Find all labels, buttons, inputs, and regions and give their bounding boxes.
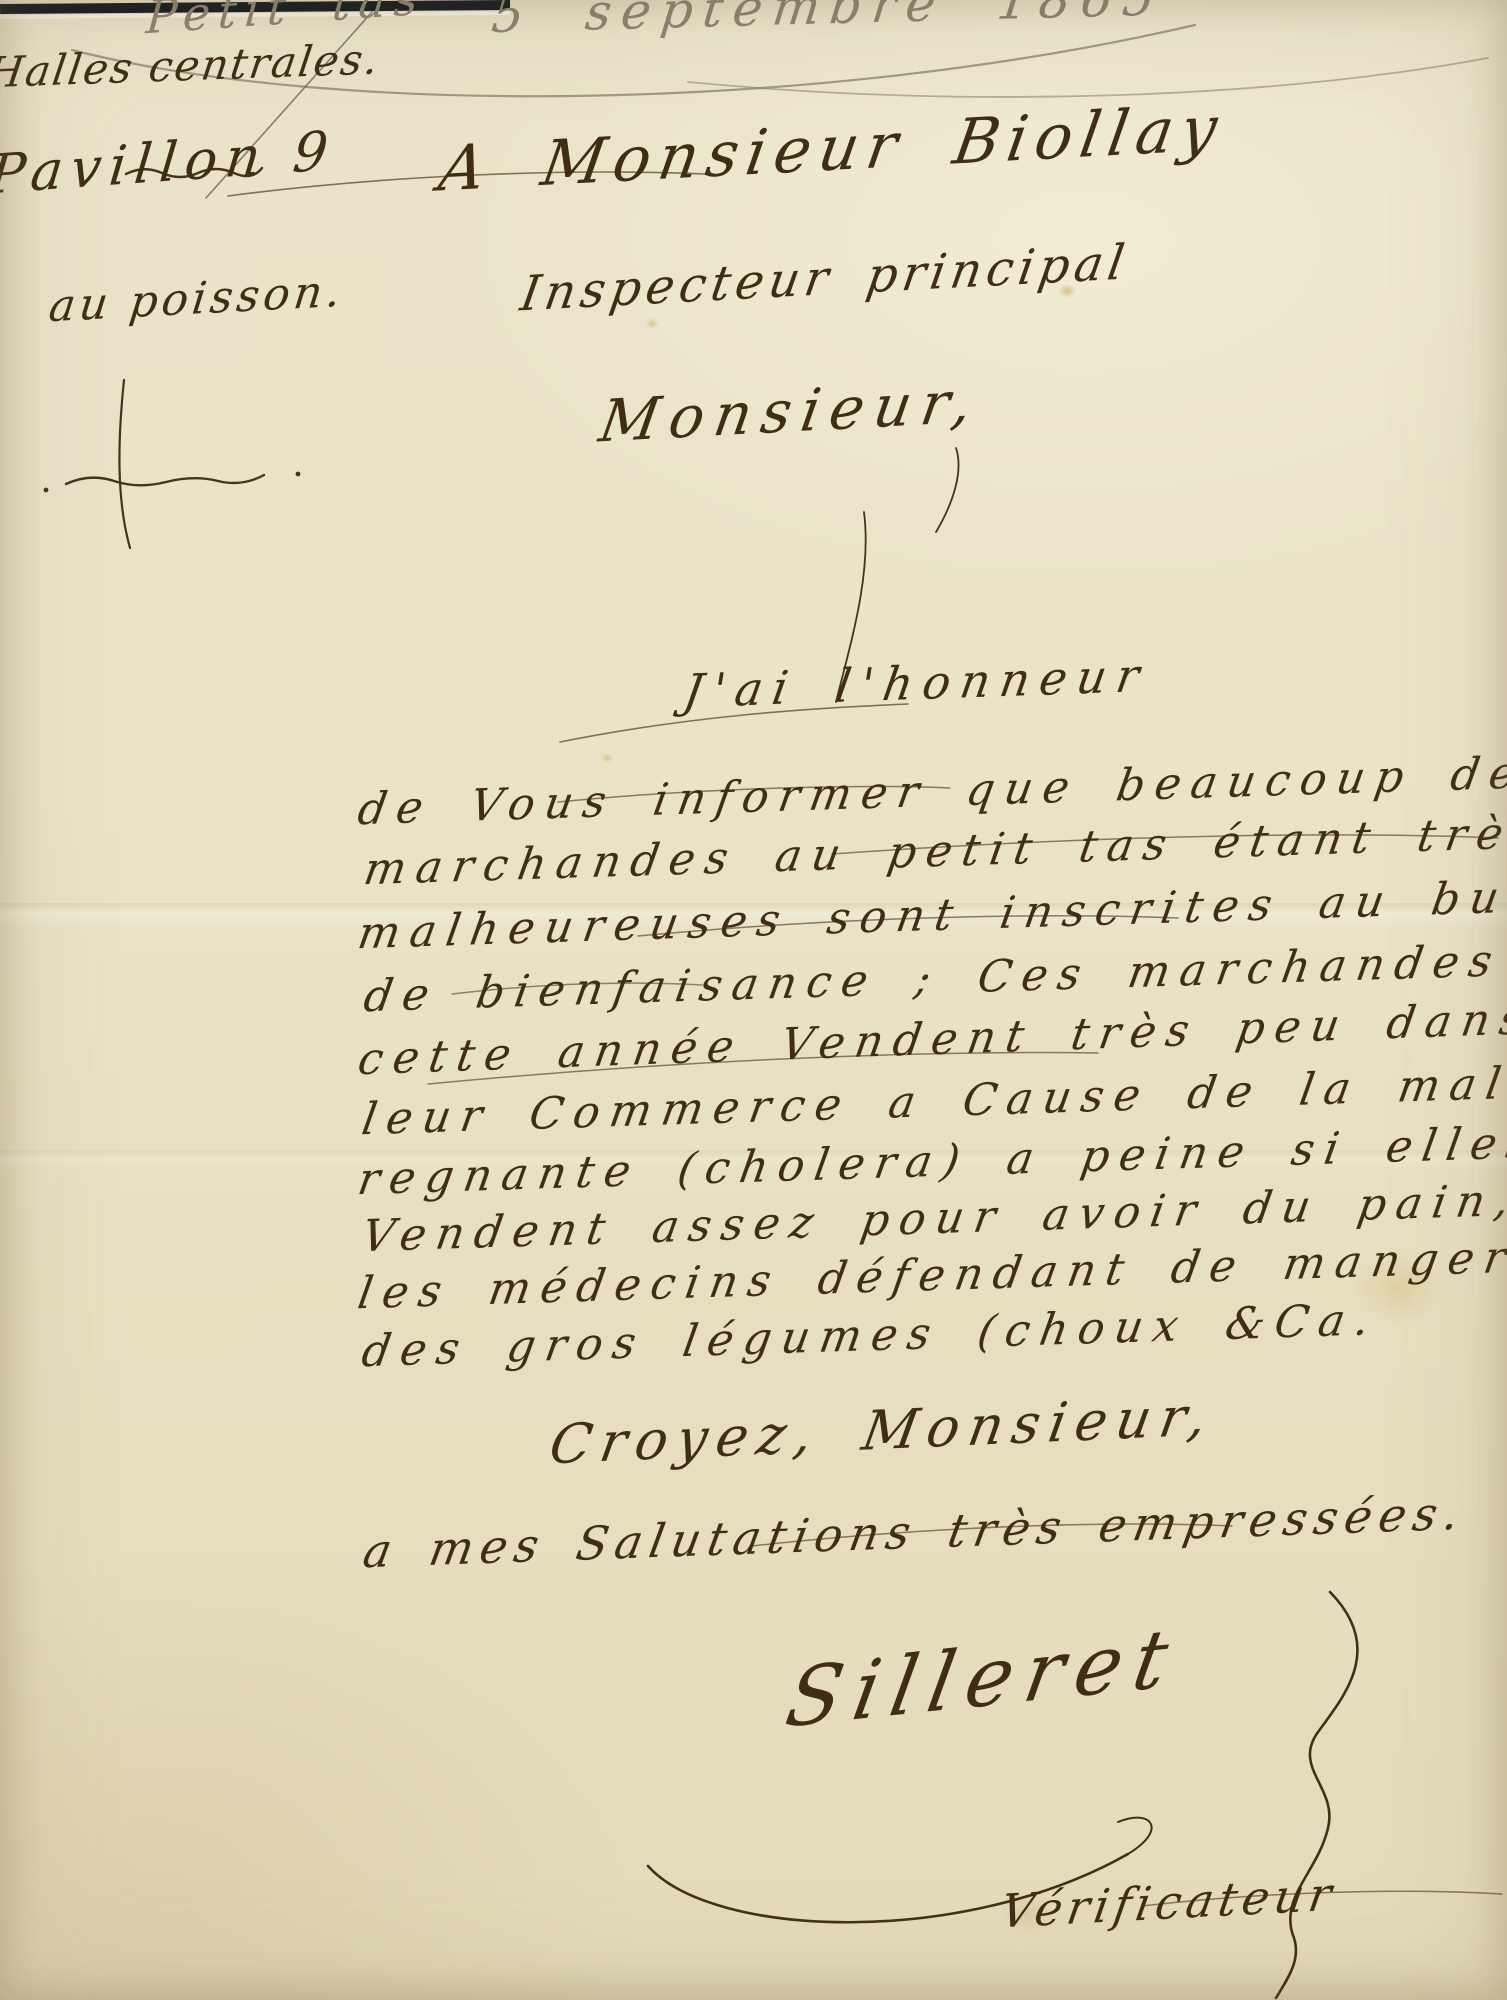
signature: Silleret (781, 1617, 1186, 1740)
paper-stain (645, 318, 659, 329)
margin-note-halles: Halles centrales. (0, 38, 383, 94)
salutation-line: Monsieur, (596, 372, 986, 451)
recipient-title-line: Inspecteur principal (517, 238, 1132, 318)
body-line: J'ai l'honneur (681, 652, 1153, 714)
pencil-arc (688, 58, 1488, 97)
ink-dot (44, 488, 49, 493)
pencil-date: 5 septembre 1865 (489, 0, 1167, 40)
signature-underline-hook (1118, 1818, 1152, 1854)
signature-brace-flourish (1276, 1592, 1358, 1998)
paper-stain (600, 753, 614, 763)
letter-scan-page: Petit tas 5 septembre 1865 Halles centra… (0, 0, 1507, 2000)
comma-flourish (936, 448, 959, 532)
margin-note-pavillon: Pavillon 9 (0, 124, 338, 203)
margin-note-poisson: au poisson. (47, 270, 347, 330)
recipient-line: A Monsieur Biollay (435, 97, 1229, 201)
pencil-note: Petit tas (145, 0, 427, 40)
closing-line-1: Croyez, Monsieur, (546, 1389, 1220, 1472)
flourish-vertical-poisson (119, 380, 130, 548)
signer-title: Vérificateur (998, 1870, 1340, 1934)
underline-squiggle-poisson (66, 475, 264, 485)
closing-line-2: a mes Salutations très empressées. (360, 1490, 1470, 1575)
ink-dot (296, 472, 301, 477)
